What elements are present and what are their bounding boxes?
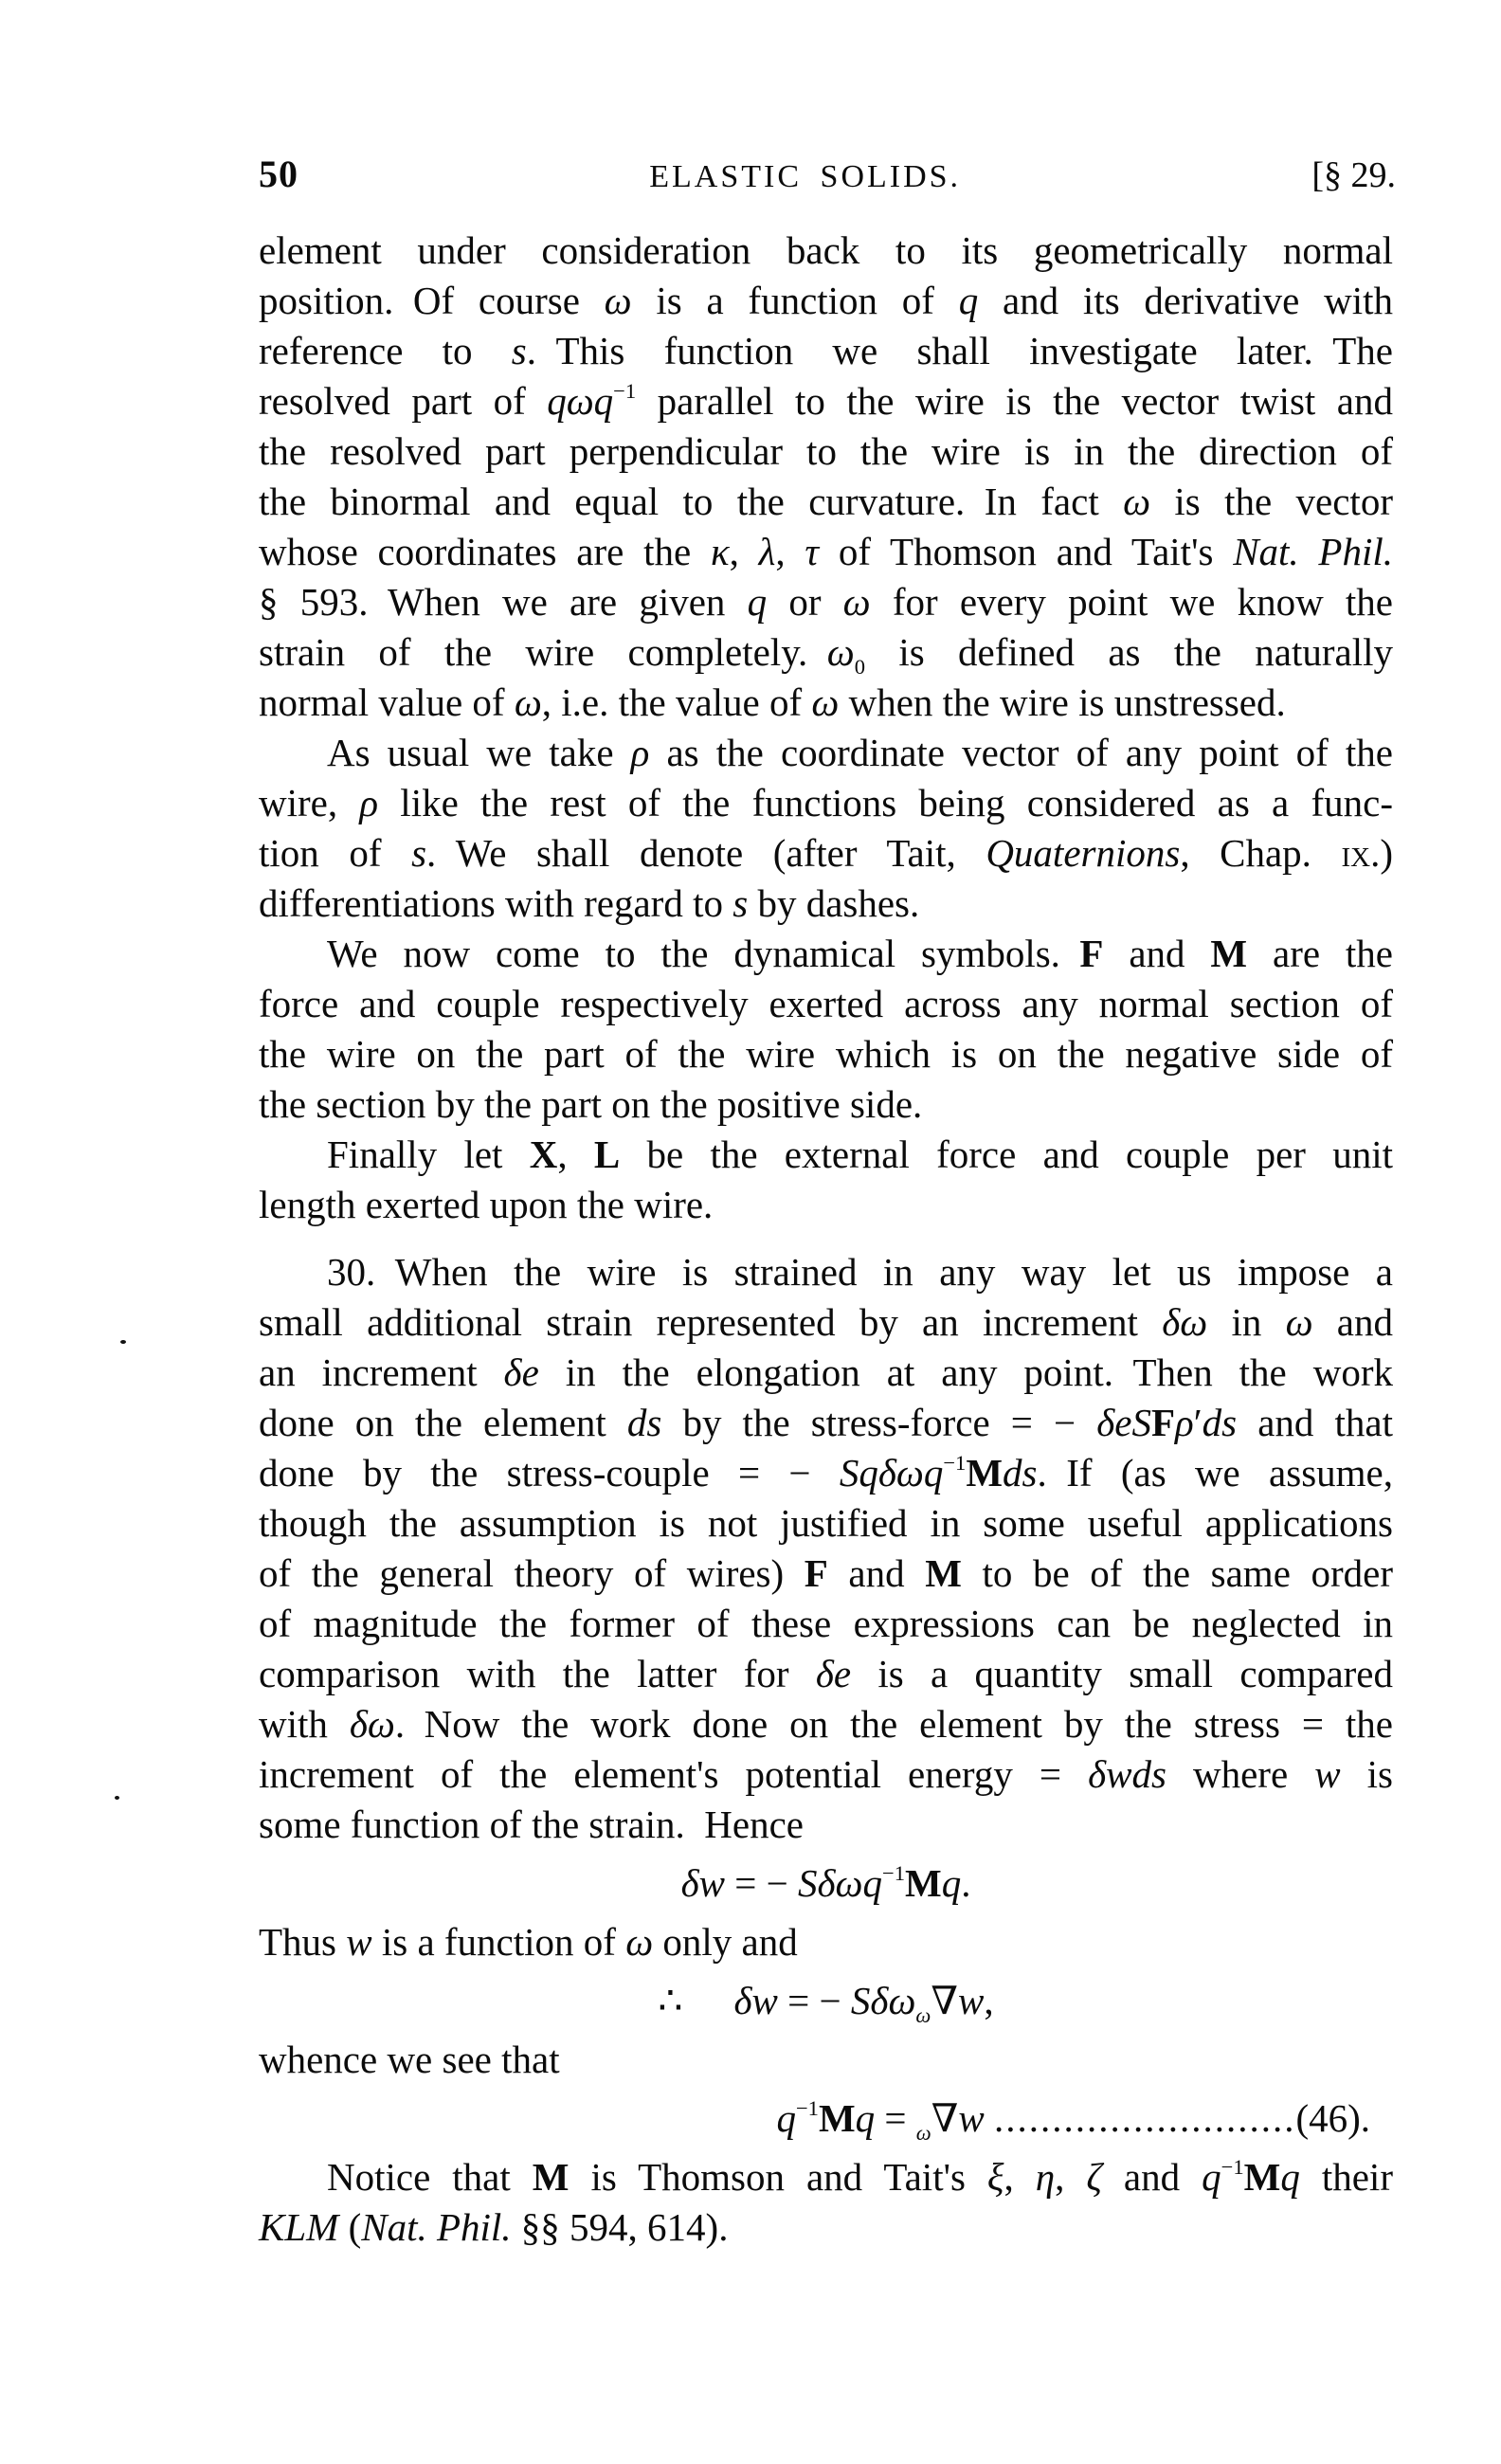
paragraph: Notice that M is Thomson and Tait's ξ, η… <box>259 2152 1393 2253</box>
page-number: 50 <box>259 152 298 196</box>
text-line: the resolved part perpendicular to the w… <box>259 426 1393 477</box>
text-line: element under consideration back to its … <box>259 226 1393 276</box>
text-block: element under consideration back to its … <box>259 226 1393 2253</box>
text-line: of the general theory of wires) F and M … <box>259 1549 1393 1599</box>
paragraph: element under consideration back to its … <box>259 226 1393 728</box>
text-line: with δω. Now the work done on the elemen… <box>259 1699 1393 1749</box>
text-line: differentiations with regard to s by das… <box>259 879 1393 929</box>
text-line: increment of the element's potential ene… <box>259 1749 1393 1800</box>
text-line: an increment δe in the elongation at any… <box>259 1348 1393 1398</box>
text-line: reference to s. This function we shall i… <box>259 326 1393 376</box>
text-line: whence we see that <box>259 2035 1393 2085</box>
text-line: length exerted upon the wire. <box>259 1180 1393 1230</box>
paragraph: 30. When the wire is strained in any way… <box>259 1247 1393 1850</box>
text-line: We now come to the dynamical symbols. F … <box>259 929 1393 979</box>
text-line: the wire on the part of the wire which i… <box>259 1029 1393 1079</box>
text-line: position. Of course ω is a function of q… <box>259 276 1393 326</box>
book-page: 50 ELASTIC SOLIDS. [§ 29. element under … <box>0 0 1501 2464</box>
paragraph: Finally let X, L be the external force a… <box>259 1130 1393 1230</box>
text-line: the binormal and equal to the curvature.… <box>259 477 1393 527</box>
text-line: 30. When the wire is strained in any way… <box>259 1247 1393 1297</box>
text-line: of magnitude the former of these express… <box>259 1599 1393 1649</box>
text-line: whose coordinates are the κ, λ, τ of Tho… <box>259 527 1393 577</box>
paragraph: Thus w is a function of ω only and <box>259 1917 1393 1967</box>
text-line: strain of the wire completely. ω0 is def… <box>259 627 1393 678</box>
text-line: the section by the part on the positive … <box>259 1079 1393 1130</box>
running-title: ELASTIC SOLIDS. <box>649 159 961 195</box>
text-line: Notice that M is Thomson and Tait's ξ, η… <box>259 2152 1393 2202</box>
text-line: done by the stress-couple = − Sqδωq−1Mds… <box>259 1448 1393 1498</box>
ink-speck <box>115 1796 119 1800</box>
text-line: As usual we take ρ as the coordinate vec… <box>259 728 1393 778</box>
text-line: small additional strain represented by a… <box>259 1297 1393 1348</box>
text-line: resolved part of qωq−1 parallel to the w… <box>259 376 1393 426</box>
equation: ∴δw = − Sδωω∇w, <box>259 1976 1393 2026</box>
text-line: § 593. When we are given q or ω for ever… <box>259 577 1393 627</box>
equation: q−1Mq = ω∇w ..........................(4… <box>259 2093 1393 2144</box>
ink-speck <box>120 1340 126 1344</box>
paragraph: As usual we take ρ as the coordinate vec… <box>259 728 1393 929</box>
text-line: normal value of ω, i.e. the value of ω w… <box>259 678 1393 728</box>
paragraph: We now come to the dynamical symbols. F … <box>259 929 1393 1130</box>
text-line: Finally let X, L be the external force a… <box>259 1130 1393 1180</box>
paragraph: whence we see that <box>259 2035 1393 2085</box>
text-line: though the assumption is not justified i… <box>259 1498 1393 1549</box>
text-line: force and couple respectively exerted ac… <box>259 979 1393 1029</box>
text-line: KLM (Nat. Phil. §§ 594, 614). <box>259 2202 1393 2253</box>
text-line: tion of s. We shall denote (after Tait, … <box>259 828 1393 879</box>
text-line: some function of the strain. Hence <box>259 1800 1393 1850</box>
text-line: comparison with the latter for δe is a q… <box>259 1649 1393 1699</box>
text-line: done on the element ds by the stress-for… <box>259 1398 1393 1448</box>
section-marker: [§ 29. <box>1311 154 1396 196</box>
equation: δw = − Sδωq−1Mq. <box>259 1858 1393 1909</box>
text-line: wire, ρ like the rest of the functions b… <box>259 778 1393 828</box>
page-header: 50 ELASTIC SOLIDS. [§ 29. <box>259 152 1396 196</box>
text-line: Thus w is a function of ω only and <box>259 1917 1393 1967</box>
